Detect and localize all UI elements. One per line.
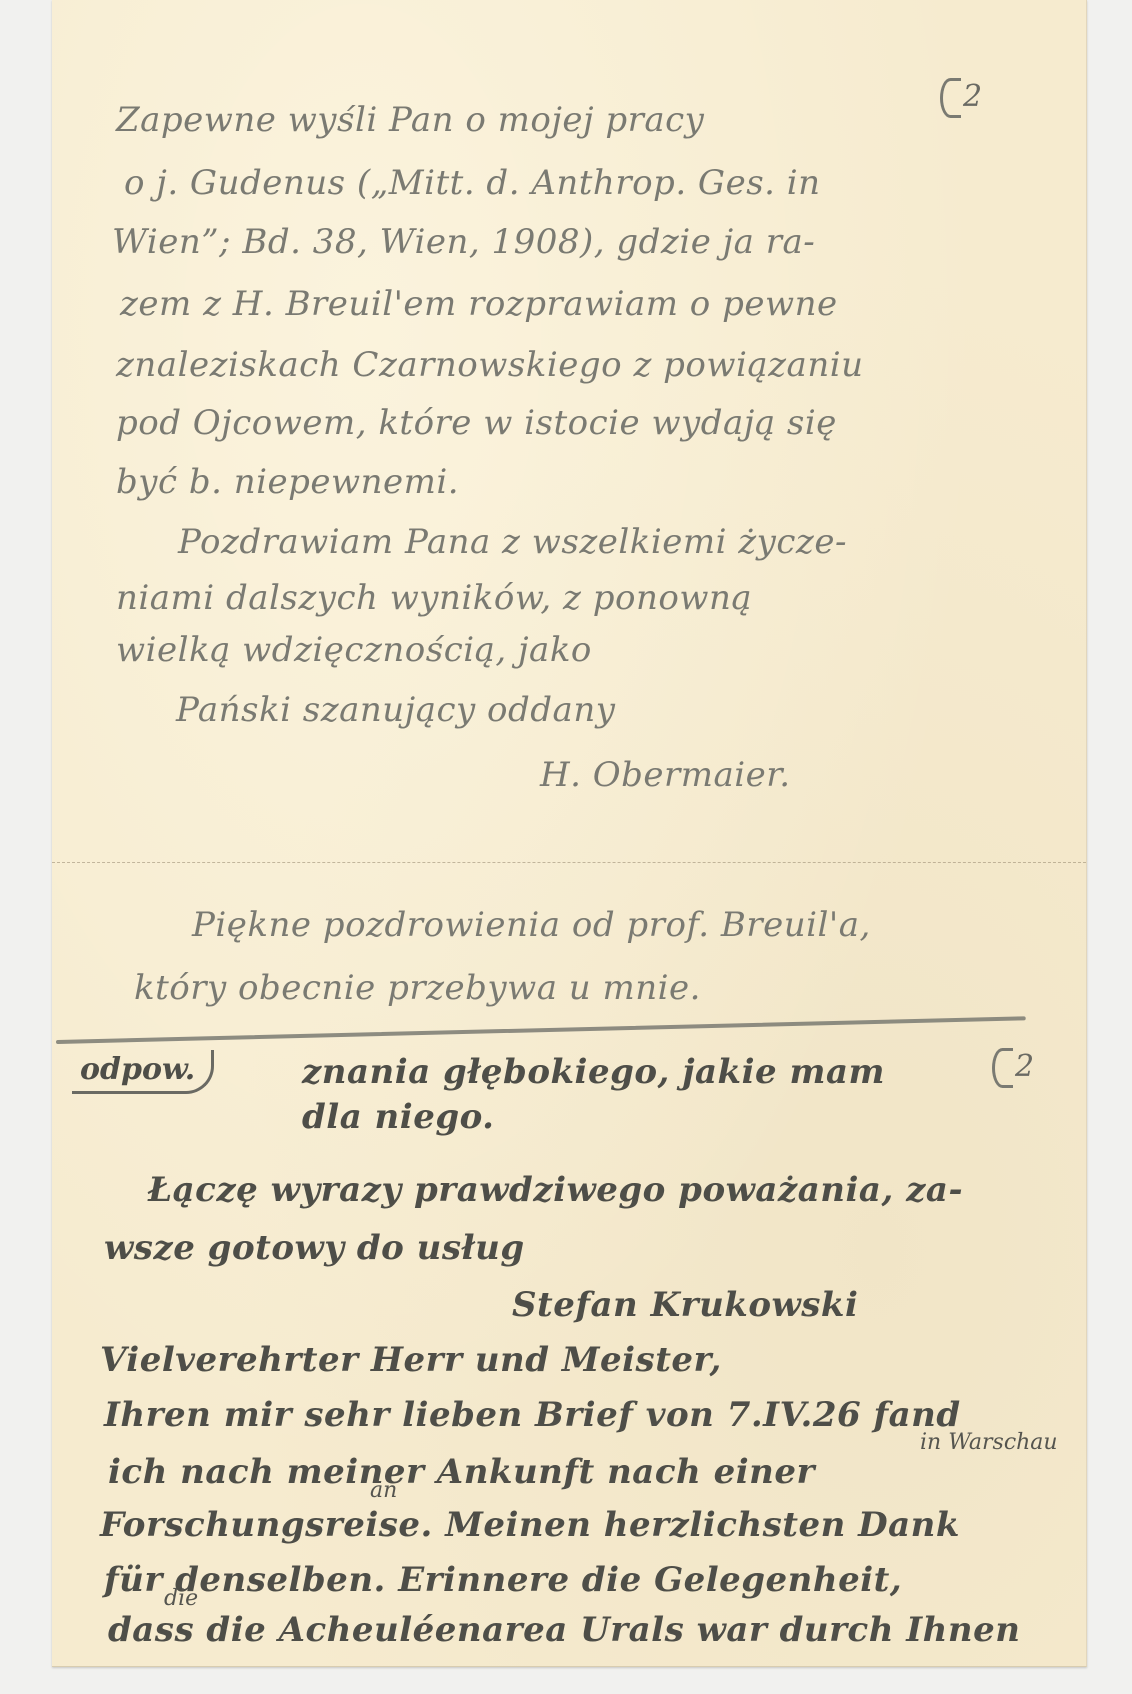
letter-line: Pozdrawiam Pana z wszelkiemi życze- [178, 522, 847, 562]
draft-line: Łączę wyrazy prawdziwego poważania, za- [148, 1170, 963, 1210]
letter-line: niami dalszych wyników, z ponowną [116, 578, 752, 618]
draft-line: wsze gotowy do usług [104, 1228, 525, 1268]
letter-line: zem z H. Breuil'em rozprawiam o pewne [120, 284, 838, 324]
german-line: Forschungsreise. Meinen herzlichsten Dan… [100, 1505, 960, 1545]
letter-line: znaleziskach Czarnowskiego z powiązaniu [116, 345, 864, 385]
section-divider-line [56, 1016, 1026, 1044]
insertion-an: an [370, 1478, 397, 1503]
german-line: ich nach meiner Ankunft nach einer [108, 1452, 815, 1492]
letter-line: Pański szanujący oddany [176, 690, 615, 730]
draft-line: znania głębokiego, jakie mam [302, 1052, 885, 1092]
letter-paper: 2 Zapewne wyśli Pan o mojej pracy o j. G… [52, 0, 1087, 1667]
insertion-die: die [164, 1586, 198, 1611]
page-marker-bracket [940, 78, 961, 118]
letter-line: pod Ojcowem, które w istocie wydają się [116, 403, 837, 443]
insertion-in-warschau: in Warschau [920, 1430, 1058, 1455]
german-line: dass die Acheuléenarea Urals war durch I… [108, 1610, 1020, 1650]
letter-line: Wien”; Bd. 38, Wien, 1908), gdzie ja ra- [112, 222, 815, 262]
german-line: für denselben. Erinnere die Gelegenheit, [104, 1560, 902, 1600]
german-line: Ihren mir sehr lieben Brief von 7.IV.26 … [104, 1395, 961, 1435]
paper-fold-line [52, 862, 1086, 863]
postscript-line: Piękne pozdrowienia od prof. Breuil'a, [192, 905, 871, 945]
german-line: Vielverehrter Herr und Meister, [100, 1340, 722, 1380]
page-number-marker-bottom: 2 [992, 1048, 1034, 1088]
letter-line: o j. Gudenus („Mitt. d. Anthrop. Ges. in [124, 163, 821, 203]
draft-line: dla niego. [302, 1097, 495, 1137]
postscript-line: który obecnie przebywa u mnie. [134, 968, 701, 1008]
signature: H. Obermaier. [540, 755, 791, 795]
letter-line: być b. niepewnemi. [116, 462, 459, 502]
letter-line: wielką wdzięcznością, jako [116, 630, 592, 670]
page-number-marker: 2 [940, 78, 982, 118]
page-marker-bracket [992, 1048, 1013, 1088]
boxed-note-odpow: odpow. [72, 1050, 214, 1094]
draft-signature: Stefan Krukowski [512, 1285, 858, 1325]
letter-line: Zapewne wyśli Pan o mojej pracy [116, 100, 704, 140]
